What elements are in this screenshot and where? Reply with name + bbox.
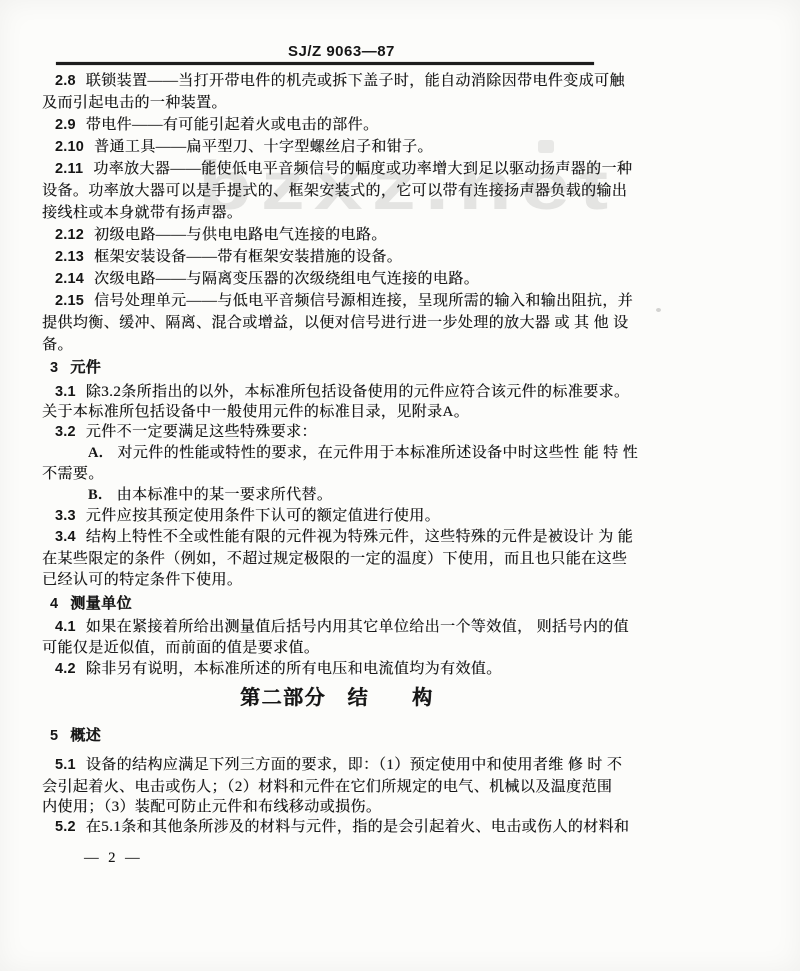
clause-number: 4.1 [55, 619, 76, 635]
clause-number: 3.4 [55, 529, 76, 545]
text-line: 3.3元件应按其预定使用条件下认可的额定值进行使用。 [55, 508, 440, 525]
clause-number: 5 [50, 728, 58, 744]
line-text: 功率放大器——能使低电平音频信号的幅度或功率增大到足以驱动扬声器的一种 [93, 161, 632, 177]
line-text: 除3.2条所指出的以外，本标准所包括设备使用的元件应符合该元件的标准要求。 [86, 384, 630, 400]
text-line: 备。 [42, 337, 73, 354]
text-line: 3.2元件不一定要满足这些特殊要求： [55, 424, 317, 441]
line-text: 除非另有说明，本标准所述的所有电压和电流值均为有效值。 [86, 661, 502, 677]
standard-number: SJ/Z 9063—87 [288, 43, 390, 60]
clause-number: 3.1 [55, 384, 76, 400]
clause-number: 2.13 [55, 249, 84, 265]
line-text: 次级电路——与隔离变压器的次级绕组电气连接的电路。 [94, 271, 479, 287]
line-text: 已经认可的特定条件下使用。 [42, 572, 242, 588]
line-text: 第二部分 结 构 [240, 687, 434, 709]
line-text: 信号处理单元——与低电平音频信号源相连接，呈现所需的输入和输出阻抗，并 [94, 293, 633, 309]
line-text: 元件 [70, 360, 101, 376]
clause-number: 5.1 [55, 757, 76, 773]
line-text: 备。 [42, 337, 73, 353]
section-heading: 3元件 [50, 360, 101, 377]
text-line: 3.1除3.2条所指出的以外，本标准所包括设备使用的元件应符合该元件的标准要求。 [55, 384, 629, 401]
scanned-document-page: bzxz.net SJ/Z 9063—87 2.8联锁装置——当打开带电件的机壳… [0, 0, 800, 971]
text-line: 设备。功率放大器可以是手提式的、框架安装式的，它可以带有连接扬声器负载的输出 [42, 183, 627, 200]
line-text: 在某些限定的条件（例如，不超过规定极限的一定的温度）下使用，而且也只能在这些 [42, 551, 627, 567]
text-line: 2.8联锁装置——当打开带电件的机壳或拆下盖子时，能自动消除因带电件变成可触 [55, 73, 625, 90]
line-text: 结构上特性不全或性能有限的元件视为特殊元件，这些特殊的元件是被设计 为 能 [86, 529, 633, 545]
text-line: 5.1设备的结构应满足下列三方面的要求，即：（1）预定使用中和使用者维 修 时 … [55, 757, 622, 774]
section-heading: 第二部分 结 构 [240, 690, 434, 707]
clause-number: 2.8 [55, 73, 76, 89]
line-text: 普通工具——扁平型刀、十字型螺丝启子和钳子。 [94, 139, 433, 155]
line-text: 不需要。 [42, 466, 104, 482]
page-number: — 2 — [84, 850, 143, 867]
section-heading: 5概述 [50, 728, 101, 745]
line-text: 关于本标准所包括设备中一般使用元件的标准目录，见附录A。 [42, 404, 469, 420]
clause-number: 3 [50, 360, 58, 376]
text-line: 内使用；（3）装配可防止元件和布线移动或损伤。 [42, 799, 381, 816]
text-line: 4.1如果在紧接着所给出测量值后括号内用其它单位给出一个等效值， 则括号内的值 [55, 619, 629, 636]
text-line: 2.12初级电路——与供电电路电气连接的电路。 [55, 227, 387, 244]
clause-number: 4 [50, 596, 58, 612]
text-line: 不需要。 [42, 466, 104, 483]
text-line: 关于本标准所包括设备中一般使用元件的标准目录，见附录A。 [42, 404, 469, 421]
line-text: 概述 [70, 728, 101, 744]
line-text: 提供均衡、缓冲、隔离、混合或增益，以便对信号进行进一步处理的放大器 或 其 他 … [42, 315, 628, 331]
line-text: 接线柱或本身就带有扬声器。 [42, 205, 242, 221]
text-line: 2.13框架安装设备——带有框架安装措施的设备。 [55, 249, 402, 266]
text-line: 2.15信号处理单元——与低电平音频信号源相连接，呈现所需的输入和输出阻抗，并 [55, 293, 633, 310]
text-line: 5.2在5.1条和其他条所涉及的材料与元件，指的是会引起着火、电击或伤人的材料和 [55, 819, 629, 836]
line-text: 会引起着火、电击或伤人；（2）材料和元件在它们所规定的电气、机械以及温度范围 [42, 779, 612, 795]
text-line: B．由本标准中的某一要求所代替。 [88, 487, 332, 504]
text-line: 3.4结构上特性不全或性能有限的元件视为特殊元件，这些特殊的元件是被设计 为 能 [55, 529, 633, 546]
line-text: 对元件的性能或特性的要求，在元件用于本标准所述设备中时这些性 能 特 性 [117, 445, 638, 461]
text-line: 在某些限定的条件（例如，不超过规定极限的一定的温度）下使用，而且也只能在这些 [42, 551, 627, 568]
line-text: 内使用；（3）装配可防止元件和布线移动或损伤。 [42, 799, 381, 815]
clause-number: 4.2 [55, 661, 76, 677]
line-text: 如果在紧接着所给出测量值后括号内用其它单位给出一个等效值， 则括号内的值 [86, 619, 629, 635]
clause-number: 2.14 [55, 271, 84, 287]
text-line: 2.9带电件——有可能引起着火或电击的部件。 [55, 117, 378, 134]
text-line: A．对元件的性能或特性的要求，在元件用于本标准所述设备中时这些性 能 特 性 [88, 445, 638, 462]
line-text: 联锁装置——当打开带电件的机壳或拆下盖子时，能自动消除因带电件变成可触 [86, 73, 625, 89]
line-text: 及而引起电击的一种装置。 [42, 95, 227, 111]
text-line: 2.10普通工具——扁平型刀、十字型螺丝启子和钳子。 [55, 139, 433, 156]
header-rule [56, 62, 594, 65]
scan-speck [656, 308, 661, 312]
line-text: 由本标准中的某一要求所代替。 [117, 487, 333, 503]
clause-number: 2.12 [55, 227, 84, 243]
line-text: 元件应按其预定使用条件下认可的额定值进行使用。 [86, 508, 440, 524]
clause-number: 5.2 [55, 819, 76, 835]
clause-number: 3.3 [55, 508, 76, 524]
clause-number: 2.15 [55, 293, 84, 309]
text-line: 可能仅是近似值，而前面的值是要求值。 [42, 640, 319, 657]
text-line: 提供均衡、缓冲、隔离、混合或增益，以便对信号进行进一步处理的放大器 或 其 他 … [42, 315, 628, 332]
line-text: 设备。功率放大器可以是手提式的、框架安装式的，它可以带有连接扬声器负载的输出 [42, 183, 627, 199]
line-text: 元件不一定要满足这些特殊要求： [86, 424, 317, 440]
clause-number: 2.11 [55, 161, 83, 177]
line-text: 设备的结构应满足下列三方面的要求，即：（1）预定使用中和使用者维 修 时 不 [86, 757, 622, 773]
text-line: 2.14次级电路——与隔离变压器的次级绕组电气连接的电路。 [55, 271, 479, 288]
line-text: 框架安装设备——带有框架安装措施的设备。 [94, 249, 402, 265]
clause-number: A． [88, 445, 113, 461]
text-line: 及而引起电击的一种装置。 [42, 95, 227, 112]
line-text: 初级电路——与供电电路电气连接的电路。 [94, 227, 387, 243]
section-heading: 4测量单位 [50, 596, 132, 613]
text-line: 2.11功率放大器——能使低电平音频信号的幅度或功率增大到足以驱动扬声器的一种 [55, 161, 632, 178]
text-line: 会引起着火、电击或伤人；（2）材料和元件在它们所规定的电气、机械以及温度范围 [42, 779, 612, 796]
clause-number: 2.9 [55, 117, 76, 133]
clause-number: 3.2 [55, 424, 76, 440]
line-text: 测量单位 [70, 596, 132, 612]
clause-number: 2.10 [55, 139, 84, 155]
line-text: 可能仅是近似值，而前面的值是要求值。 [42, 640, 319, 656]
clause-number: B． [88, 487, 113, 503]
text-line: 4.2除非另有说明，本标准所述的所有电压和电流值均为有效值。 [55, 661, 502, 678]
line-text: 带电件——有可能引起着火或电击的部件。 [86, 117, 379, 133]
text-line: 已经认可的特定条件下使用。 [42, 572, 242, 589]
line-text: 在5.1条和其他条所涉及的材料与元件，指的是会引起着火、电击或伤人的材料和 [86, 819, 630, 835]
text-line: 接线柱或本身就带有扬声器。 [42, 205, 242, 222]
